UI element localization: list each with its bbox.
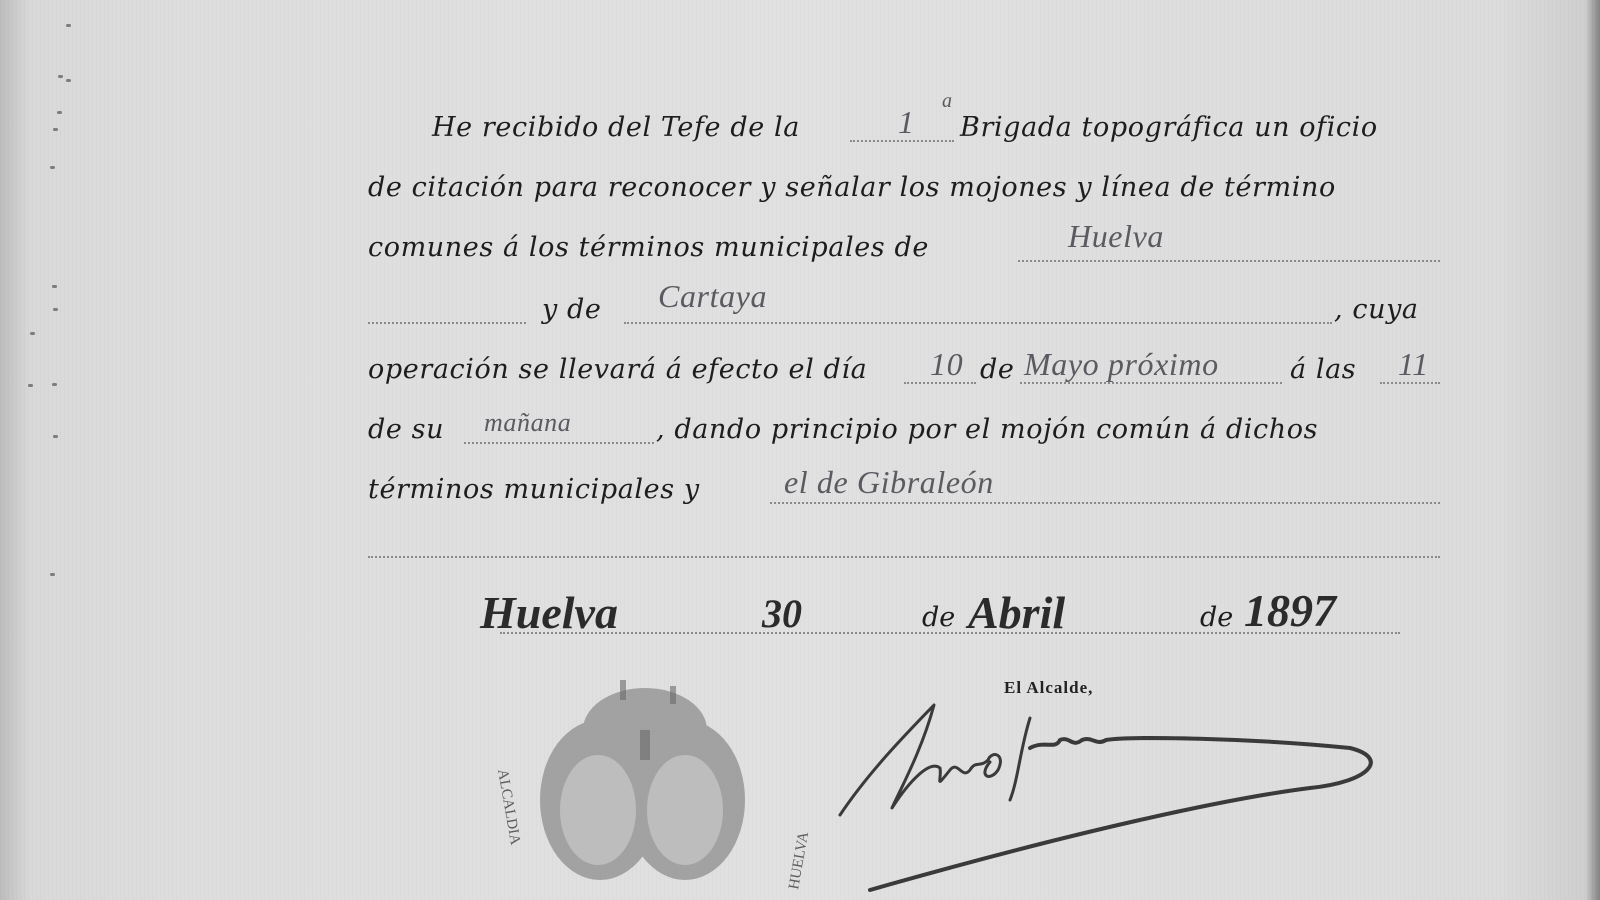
printed-text: comunes á los términos municipales de — [368, 232, 929, 263]
form-line-6: de su mañana , dando principio por el mo… — [368, 414, 1440, 462]
handwritten-day: 30 — [762, 590, 802, 637]
handwritten-superscript: a — [942, 90, 953, 113]
blank-line — [624, 322, 1332, 324]
binding-hole — [52, 383, 57, 386]
blank-line — [1018, 260, 1440, 262]
printed-text: de — [922, 602, 955, 633]
svg-text:ALCALDIA: ALCALDIA — [494, 768, 523, 846]
handwritten-month: Mayo próximo — [1024, 346, 1219, 383]
blank-line — [770, 502, 1440, 504]
handwritten-place: Huelva — [480, 586, 618, 639]
printed-text: operación se llevará á efecto el día — [368, 354, 867, 385]
printed-text: , cuya — [1334, 294, 1419, 325]
handwritten-year: 1897 — [1244, 584, 1336, 637]
printed-text: términos municipales y — [368, 474, 700, 505]
binding-hole — [66, 24, 71, 27]
form-line-3: comunes á los términos municipales de Hu… — [368, 232, 1440, 280]
handwritten-hour: 11 — [1398, 346, 1429, 383]
form-line-5: operación se llevará á efecto el día 10 … — [368, 354, 1440, 402]
blank-line — [368, 322, 526, 324]
handwritten-month: Abril — [968, 586, 1065, 639]
separator-line — [368, 556, 1440, 558]
page-edge-shadow — [1586, 0, 1600, 900]
binding-hole — [57, 111, 62, 114]
binding-hole — [50, 573, 55, 576]
printed-text: Brigada topográfica un oficio — [960, 112, 1378, 143]
binding-hole — [50, 166, 55, 169]
binding-hole — [52, 285, 57, 288]
handwritten-municipality-2: Cartaya — [658, 278, 767, 315]
alcalde-signature — [830, 690, 1390, 900]
printed-text: de citación para reconocer y señalar los… — [368, 172, 1336, 203]
binding-hole — [53, 308, 58, 311]
printed-text: y de — [542, 294, 602, 325]
binding-hole — [30, 332, 35, 335]
handwritten-brigade-number: 1 — [898, 104, 915, 141]
printed-text: á las — [1290, 354, 1356, 385]
handwritten-municipality-1: Huelva — [1068, 218, 1164, 255]
printed-text: de su — [368, 414, 444, 445]
binding-hole — [66, 79, 71, 82]
printed-text: , dando principio por el mojón común á d… — [656, 414, 1318, 445]
binding-hole — [53, 435, 58, 438]
handwritten-time-of-day: mañana — [484, 408, 571, 438]
handwritten-day: 10 — [930, 346, 963, 383]
form-line-7: términos municipales y el de Gibraleón — [368, 474, 1440, 522]
handwritten-third-municipality: el de Gibraleón — [784, 464, 994, 501]
blank-line — [464, 442, 654, 444]
form-line-2: de citación para reconocer y señalar los… — [368, 172, 1440, 220]
svg-text:HUELVA: HUELVA — [786, 830, 810, 890]
binding-hole — [58, 75, 63, 78]
form-line-1: He recibido del Tefe de la 1 a Brigada t… — [368, 112, 1440, 160]
binding-hole — [28, 384, 33, 387]
printed-text: de — [1200, 602, 1233, 633]
printed-text: He recibido del Tefe de la — [432, 112, 800, 143]
form-line-4: y de Cartaya , cuya — [368, 294, 1440, 342]
printed-text: de — [980, 354, 1014, 385]
binding-hole — [53, 128, 58, 131]
municipal-seal-icon: ALCALDIA HUELVA — [480, 660, 810, 900]
